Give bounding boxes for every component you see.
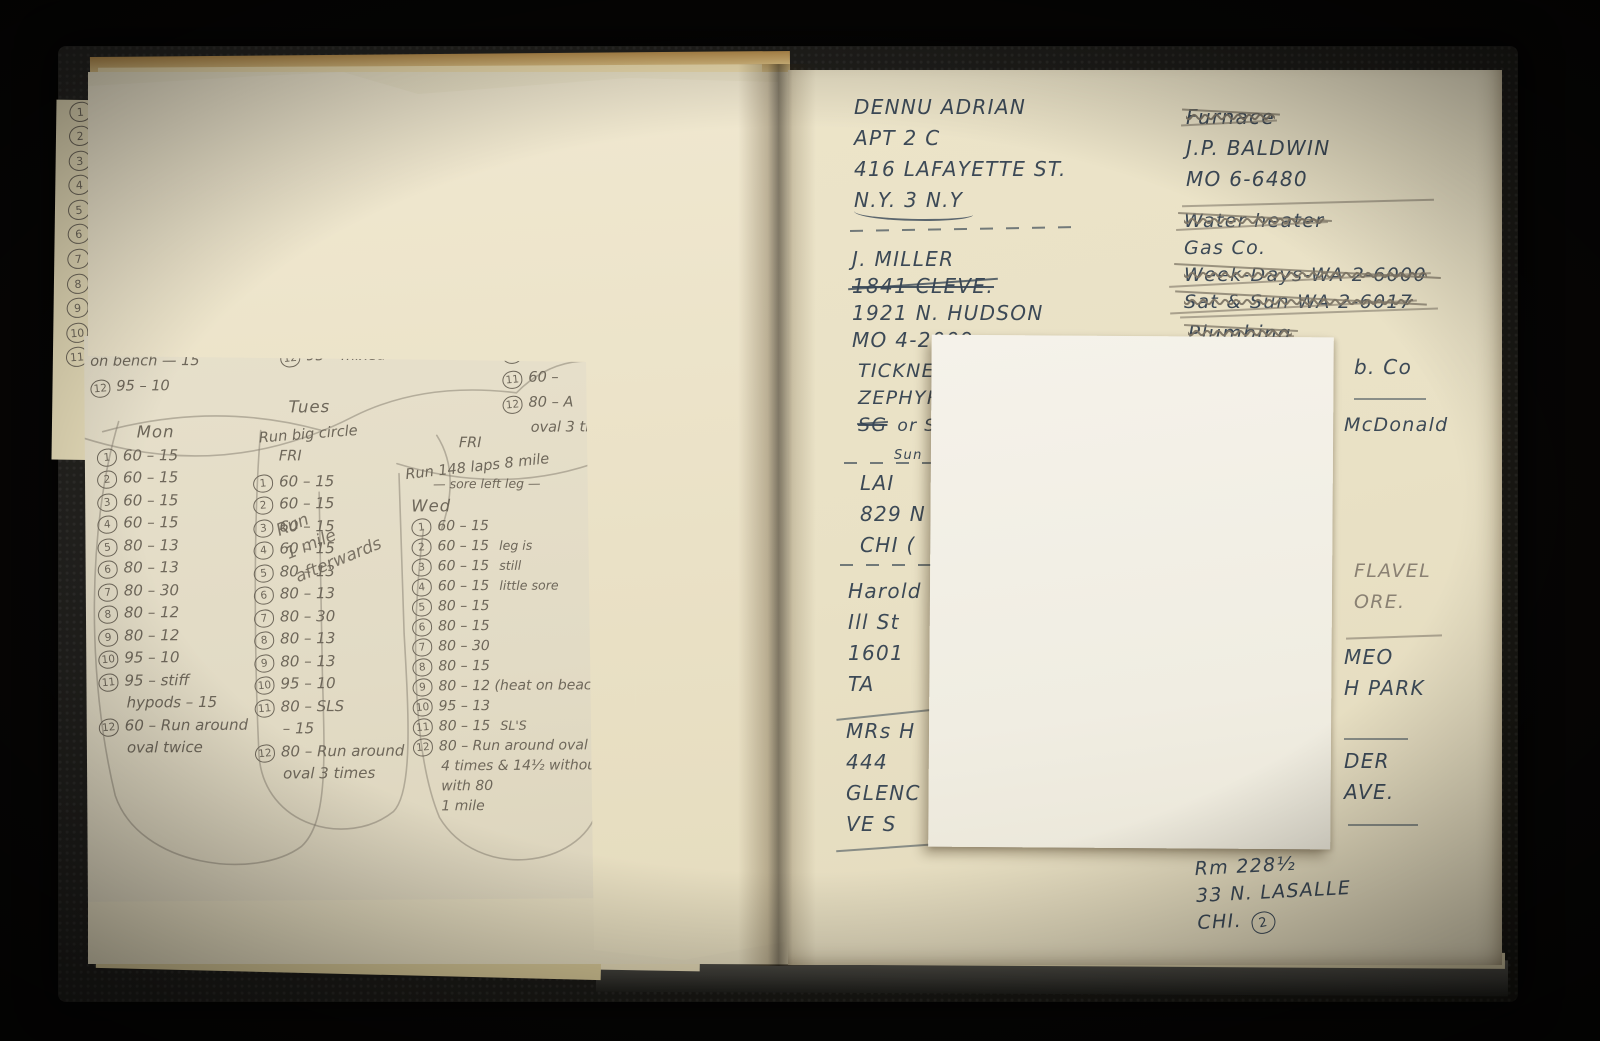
address-line: ORE. (1354, 587, 1431, 618)
address-line: MO 6-6480 (1186, 164, 1330, 195)
training-notes-sheet: on bench — 151295 – 10 1295 – mixed 1095… (84, 332, 610, 902)
address-line-t: ZEPHYR (858, 385, 941, 412)
entry-harold: HaroldIll St1601TA (848, 576, 922, 700)
address-line: Water heater (1184, 208, 1427, 235)
workout-row: 980 – 13 (254, 649, 429, 673)
address-line: 1921 N. HUDSON (852, 300, 1044, 327)
address-line: DER (1344, 746, 1395, 777)
address-line: 1601 (848, 638, 922, 669)
address-line-t: MO 6-6480 (1186, 164, 1308, 195)
entry-denny-adrian: DENNU ADRIANAPT 2 C416 LAFAYETTE ST.N.Y.… (854, 92, 1067, 221)
entry-mrs-h: MRs H444GLENCVE S (846, 716, 921, 840)
address-line-t: CHI ( (860, 530, 916, 561)
workout-row-t: 80 – 13 (280, 629, 335, 647)
address-line-t: Water heater (1184, 208, 1324, 235)
workout-row-n: 8 (97, 605, 119, 625)
address-line-t: MEO (1344, 642, 1394, 673)
margin-number-n: 6 (67, 224, 90, 246)
workout-row-s: still (499, 558, 521, 573)
margin-number-n: 7 (67, 248, 90, 270)
workout-row-n: 8 (253, 631, 275, 651)
separator-line (1354, 398, 1426, 400)
address-line-t: ORE. (1354, 587, 1405, 618)
workout-row: 1280 – Run around oval4 times & 14½ with… (413, 735, 609, 816)
workout-row-t: 60 – 15 (123, 491, 178, 509)
workout-row-t: 60 – 15 (438, 578, 490, 594)
address-line-t: b. Co (1354, 352, 1412, 383)
address-line-t: Gas Co. (1184, 235, 1266, 262)
workout-row: 1280 – Run aroundoval 3 times (255, 739, 430, 785)
workout-row-s: little sore (499, 578, 558, 593)
workout-row-n: 11 (98, 673, 120, 693)
column-wed: FRI Run 148 laps 8 mile — sore left leg … (411, 432, 609, 816)
address-line: AVE. (1344, 777, 1395, 808)
column-title: Wed (411, 495, 606, 516)
workout-row-n: 12 (254, 743, 276, 763)
workout-row-n: 12 (98, 718, 120, 738)
workout-row: 580 – 13 (254, 559, 429, 583)
workout-row-n: 4 (253, 541, 275, 561)
workout-row: 260 – 15leg is (411, 535, 606, 556)
workout-row-t: 80 – 13 (123, 536, 178, 554)
address-line: TA (848, 669, 922, 700)
note-row-t: 60 – (528, 370, 558, 386)
address-line: MEO (1344, 642, 1425, 673)
entry-flavel: FLAVELORE. (1354, 556, 1431, 618)
margin-number-n: 9 (66, 297, 89, 319)
separator-line (840, 564, 932, 566)
margin-number-n: 4 (68, 174, 91, 196)
workout-row-n: 6 (97, 560, 119, 580)
entry-b-co: b. Co (1354, 352, 1412, 383)
workout-row: 680 – 13 (254, 581, 429, 605)
workout-row: 1095 – 10 (254, 671, 429, 695)
workout-row: 160 – 15 (253, 469, 428, 493)
address-line: APT 2 C (854, 123, 1067, 154)
workout-row-n: 1 (411, 518, 433, 538)
margin-number-n: 3 (68, 150, 91, 172)
workout-row-s: SL'S (500, 718, 527, 733)
workout-row-t: 60 – 15 (123, 468, 178, 486)
address-line-t: H PARK (1344, 673, 1425, 704)
workout-row: 880 – 13 (254, 626, 429, 650)
address-line: Week-Days-WA 2-6000 (1184, 262, 1427, 289)
workout-row-t: 80 – Run around (281, 741, 405, 760)
address-line-t: Week-Days-WA 2-6000 (1184, 262, 1427, 289)
left-page: 1234567891011 on bench — 151295 – 10 129… (88, 72, 788, 964)
address-line-circ: 2 (1250, 909, 1278, 935)
workout-row: 260 – 15 (253, 491, 428, 515)
address-line: Furnace (1186, 102, 1330, 133)
entry-lasalle: Rm 228½33 N. LASALLECHI.2 (1194, 848, 1353, 937)
workout-row: 580 – 15 (412, 595, 607, 616)
address-line-t: SG (858, 412, 887, 439)
note-row-n: 11 (502, 369, 524, 389)
address-line-t: 444 (846, 747, 888, 778)
entry-mcdonald: McDonald (1344, 410, 1449, 441)
workout-row-n: 1 (96, 448, 118, 468)
separator-line (1344, 738, 1408, 740)
workout-row-t: 80 – 15 (438, 658, 490, 674)
address-line: DENNU ADRIAN (854, 92, 1067, 123)
workout-row-n: 11 (412, 718, 434, 738)
workout-row: 1180 – 15SL'S (413, 715, 608, 736)
entry-der: DERAVE. (1344, 746, 1395, 808)
address-line: McDonald (1344, 410, 1449, 441)
note-row-t: 80 – A (528, 394, 573, 410)
workout-row-n: 11 (254, 698, 276, 718)
address-line: 416 LAFAYETTE ST. (854, 154, 1067, 185)
workout-row-t: 60 – 15 (279, 517, 334, 535)
workout-row-n: 3 (96, 493, 118, 513)
workout-row-t: 95 – 10 (124, 648, 179, 666)
address-line-t: J.P. BALDWIN (1186, 133, 1330, 164)
address-line-t: Sun (894, 442, 923, 469)
workout-row-t: 60 – 15 (279, 539, 334, 557)
workout-row-t3: with 80 (441, 775, 608, 796)
workout-row-n: 9 (97, 628, 119, 648)
workout-row-s: leg is (499, 538, 532, 553)
workout-row-n: 2 (252, 496, 274, 516)
address-line: LAI (860, 468, 926, 499)
workout-row-n: 7 (97, 583, 119, 603)
address-line: N.Y. 3 N.Y (854, 185, 1067, 221)
workout-row-t: 80 – 15 (438, 618, 490, 634)
address-line: VE S (846, 809, 921, 840)
workout-row-t: 60 – 15 (437, 538, 489, 554)
workout-row: 360 – 15still (412, 555, 607, 576)
workout-row-n: 1 (252, 473, 274, 493)
workout-row-n: 10 (412, 698, 434, 718)
address-line-t: FLAVEL (1354, 556, 1431, 587)
workout-row-n: 7 (253, 608, 275, 628)
workout-row-t: 80 – 13 (280, 562, 335, 580)
address-line: TICKNE (858, 358, 941, 385)
workout-row-n: 3 (253, 518, 275, 538)
workout-row: 360 – 15 (253, 514, 428, 538)
address-line: 444 (846, 747, 921, 778)
workout-row-t4: 1 mile (441, 795, 608, 816)
address-line: Ill St (848, 607, 922, 638)
workout-row-n: 5 (411, 598, 433, 618)
workout-row-t2: 4 times & 14½ without (441, 755, 608, 776)
workout-row-t: 60 – 15 (279, 472, 334, 490)
separator-line (1346, 634, 1442, 639)
workout-row-n: 8 (412, 658, 434, 678)
workout-row: 460 – 15 (253, 536, 428, 560)
address-line-t: TICKNE (858, 358, 935, 385)
address-line: J.P. BALDWIN (1186, 133, 1330, 164)
address-line-t: TA (848, 669, 875, 700)
workout-row-n: 5 (97, 538, 119, 558)
workout-row-t: 80 – 12 (124, 603, 179, 621)
workout-row: 1095 – 13 (413, 695, 608, 716)
workout-row-n: 9 (412, 678, 434, 698)
address-line-t: Furnace (1186, 102, 1275, 133)
note-row-n: 12 (502, 394, 524, 414)
address-line-t: 1601 (848, 638, 904, 669)
workout-row-t: 80 – Run around oval (439, 737, 588, 754)
workout-row-n: 9 (254, 653, 276, 673)
workout-row: 460 – 15little sore (412, 575, 607, 596)
address-line-t: 1841 CLEVE. (852, 273, 994, 300)
address-line-t: Ill St (848, 607, 900, 638)
address-line-t: DENNU ADRIAN (854, 92, 1026, 123)
workout-row-t: 95 – 10 (280, 674, 335, 692)
address-line: MRs H (846, 716, 921, 747)
address-line-t: CHI. (1197, 908, 1243, 937)
workout-row-t2: oval 3 times (283, 761, 430, 785)
address-line-t: 829 N (860, 499, 926, 530)
address-line: SGor S (858, 412, 941, 440)
address-line: 829 N (860, 499, 926, 530)
note-row-t: 95 – 10 (116, 378, 169, 394)
workout-row-t: 80 – 30 (124, 581, 179, 599)
workout-row-n: 6 (253, 586, 275, 606)
separator-line (844, 462, 932, 464)
column-tues: Tues Run big circle FRI 160 – 15260 – 15… (252, 395, 430, 785)
right-page: DENNU ADRIANAPT 2 C416 LAFAYETTE ST.N.Y.… (788, 70, 1502, 965)
workout-row-t2: – 15 (283, 716, 430, 740)
workout-row: 680 – 15 (412, 615, 607, 636)
address-line: FLAVEL (1354, 556, 1431, 587)
workout-row-t: 80 – 12 (124, 626, 179, 644)
workout-row-t: 60 – 15 (279, 494, 334, 512)
entry-water-heater: Water heaterGas Co.Week-Days-WA 2-6000Sa… (1184, 208, 1427, 316)
workout-row-t: 95 – stiff (124, 671, 189, 689)
address-line-t: J. MILLER (852, 246, 954, 273)
workout-row-t: 80 – 30 (438, 638, 490, 654)
address-line-t: Harold (848, 576, 922, 607)
address-line: 1841 CLEVE. (852, 273, 1044, 300)
workout-row-n: 2 (411, 538, 433, 558)
entry-lai: LAI829 NCHI ( (860, 468, 926, 561)
workout-row-n: 10 (97, 650, 119, 670)
workout-row-t: 60 – 15 (123, 513, 178, 531)
address-line-t: LAI (860, 468, 895, 499)
address-line: GLENC (846, 778, 921, 809)
address-line: H PARK (1344, 673, 1425, 704)
workout-row-t: 80 – 13 (280, 652, 335, 670)
entry-tickner: TICKNEZEPHYRSGor SSun (858, 358, 941, 469)
address-line: ZEPHYR (858, 385, 941, 412)
address-line-t: AVE. (1344, 777, 1395, 808)
address-line: b. Co (1354, 352, 1412, 383)
workout-row-n: 4 (411, 578, 433, 598)
address-line-t: 416 LAFAYETTE ST. (854, 154, 1067, 185)
workout-row-n: 5 (253, 563, 275, 583)
photo-background: 1234567891011 on bench — 151295 – 10 129… (0, 0, 1600, 1041)
address-line-t: MRs H (846, 716, 915, 747)
address-line: Harold (848, 576, 922, 607)
workout-row-n: 4 (97, 515, 119, 535)
address-line-t: N.Y. 3 N.Y (854, 185, 973, 221)
workout-row: 780 – 30 (254, 604, 429, 628)
workout-row-t: 80 – 15 (438, 598, 490, 614)
address-line-t: VE S (846, 809, 897, 840)
workout-row: 980 – 12 (heat on beach) (412, 675, 607, 696)
address-line-t: APT 2 C (854, 123, 940, 154)
workout-row-n: 12 (412, 738, 434, 758)
workout-row-t: 80 – 13 (124, 558, 179, 576)
workout-row-t: 60 – Run around (125, 715, 249, 734)
workout-row: 780 – 30 (412, 635, 607, 656)
entry-furnace: FurnaceJ.P. BALDWINMO 6-6480 (1186, 102, 1330, 195)
address-line-t: GLENC (846, 778, 921, 809)
workout-row-t: 60 – 15 (438, 558, 490, 574)
blank-card (928, 335, 1334, 850)
address-line: Sun (858, 440, 941, 469)
workout-row-t: 80 – SLS (281, 697, 345, 715)
workout-row-t: 80 – 30 (280, 607, 335, 625)
workout-row-t: 60 – 15 (437, 518, 489, 534)
address-line-t: McDonald (1344, 410, 1449, 441)
address-line: Gas Co. (1184, 235, 1427, 262)
workout-row-t: 80 – 12 (heat on beach) (438, 677, 606, 694)
address-line: CHI ( (860, 530, 926, 561)
workout-row: 880 – 15 (412, 655, 607, 676)
workout-row-t: 80 – 15 (439, 718, 491, 734)
workout-row-n: 10 (254, 676, 276, 696)
margin-number-n: 5 (67, 199, 90, 221)
address-line-t: 1921 N. HUDSON (852, 300, 1044, 327)
address-line-t: DER (1344, 746, 1390, 777)
workout-row-n: 2 (96, 470, 118, 490)
entry-meo: MEOH PARK (1344, 642, 1425, 704)
workout-row-n: 7 (411, 638, 433, 658)
margin-number-n: 8 (66, 273, 89, 295)
workout-row-n: 3 (411, 558, 433, 578)
separator-line (1182, 199, 1434, 207)
workout-row: 160 – 15 (411, 515, 606, 536)
workout-row-n: 6 (411, 618, 433, 638)
workout-row-t: 80 – 13 (280, 584, 335, 602)
address-line: J. MILLER (852, 246, 1044, 273)
workout-row: 1180 – SLS– 15 (255, 694, 430, 740)
separator-line (1348, 824, 1418, 826)
workout-row-t: 95 – 13 (439, 698, 491, 714)
workout-row-t: 60 – 15 (123, 446, 178, 464)
note-row-n: 12 (90, 378, 112, 398)
separator-line (850, 226, 1078, 232)
